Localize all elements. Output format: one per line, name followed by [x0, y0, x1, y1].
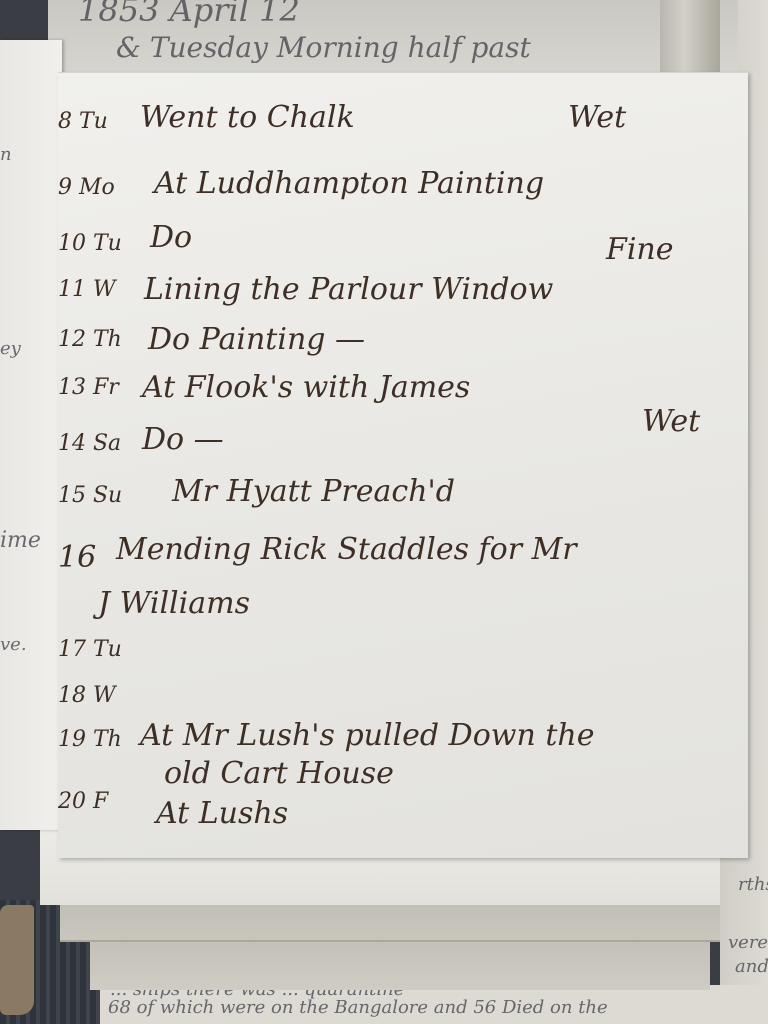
- entry-text: Do —: [142, 425, 224, 455]
- entry-date: 14 Sa: [58, 433, 121, 455]
- entry-weather: Wet: [642, 407, 700, 437]
- background-top-line-2: & Tuesday Morning half past: [116, 34, 531, 62]
- background-top-page: 1853 April 12 & Tuesday Morning half pas…: [48, 0, 738, 80]
- background-bottom-page: ... ships there was ... quarantine 68 of…: [100, 985, 768, 1024]
- entry-text: At Mr Lush's pulled Down the: [140, 721, 594, 751]
- left-facing-page: n ey ime ve.: [0, 40, 62, 830]
- entry-date: 16: [58, 543, 96, 573]
- left-fragment-1: n: [0, 146, 12, 164]
- entry-text: At Flook's with James: [142, 373, 470, 403]
- entry-date: 18 W: [58, 685, 116, 707]
- entry-text: Mending Rick Staddles for Mr: [116, 535, 577, 565]
- entry-text: At Luddhampton Painting: [154, 169, 544, 199]
- entry-date: 20 F: [58, 791, 108, 813]
- left-fragment-2: ey: [0, 340, 21, 358]
- entry-date: 19 Th: [58, 729, 122, 751]
- background-stack-sheet-2: [90, 940, 710, 990]
- entry-continuation: old Cart House: [164, 759, 394, 789]
- entry-date: 10 Tu: [58, 233, 122, 255]
- entry-text: Lining the Parlour Window: [144, 275, 553, 305]
- entry-date: 12 Th: [58, 329, 122, 351]
- left-fragment-4: ve.: [0, 636, 27, 654]
- background-bottom-line-2: 68 of which were on the Bangalore and 56…: [108, 999, 608, 1017]
- torn-paper-fragment: [0, 905, 34, 1015]
- entry-date: 8 Tu: [58, 111, 108, 133]
- left-fragment-3: ime: [0, 530, 41, 552]
- entry-date: 11 W: [58, 279, 116, 301]
- entry-text: At Lushs: [156, 799, 288, 829]
- entry-text: Do: [150, 223, 192, 253]
- entry-date: 9 Mo: [58, 177, 115, 199]
- right-fragment-3: and: [735, 958, 768, 976]
- right-fragment-1: rths: [738, 876, 768, 894]
- right-fragment-2: vere: [728, 934, 768, 952]
- entry-date: 15 Su: [58, 485, 122, 507]
- entry-weather: Fine: [606, 235, 674, 265]
- entry-date: 13 Fr: [58, 377, 119, 399]
- entry-date: 17 Tu: [58, 639, 122, 661]
- entry-text: Went to Chalk: [140, 103, 355, 133]
- entry-text: Mr Hyatt Preach'd: [172, 477, 455, 507]
- entry-continuation: J Williams: [98, 589, 250, 619]
- entry-weather: Wet: [568, 103, 626, 133]
- diary-page: 8 Tu Went to Chalk Wet 9 Mo At Luddhampt…: [58, 72, 748, 858]
- entry-text: Do Painting —: [148, 325, 365, 355]
- background-top-line-1: 1853 April 12: [78, 0, 300, 26]
